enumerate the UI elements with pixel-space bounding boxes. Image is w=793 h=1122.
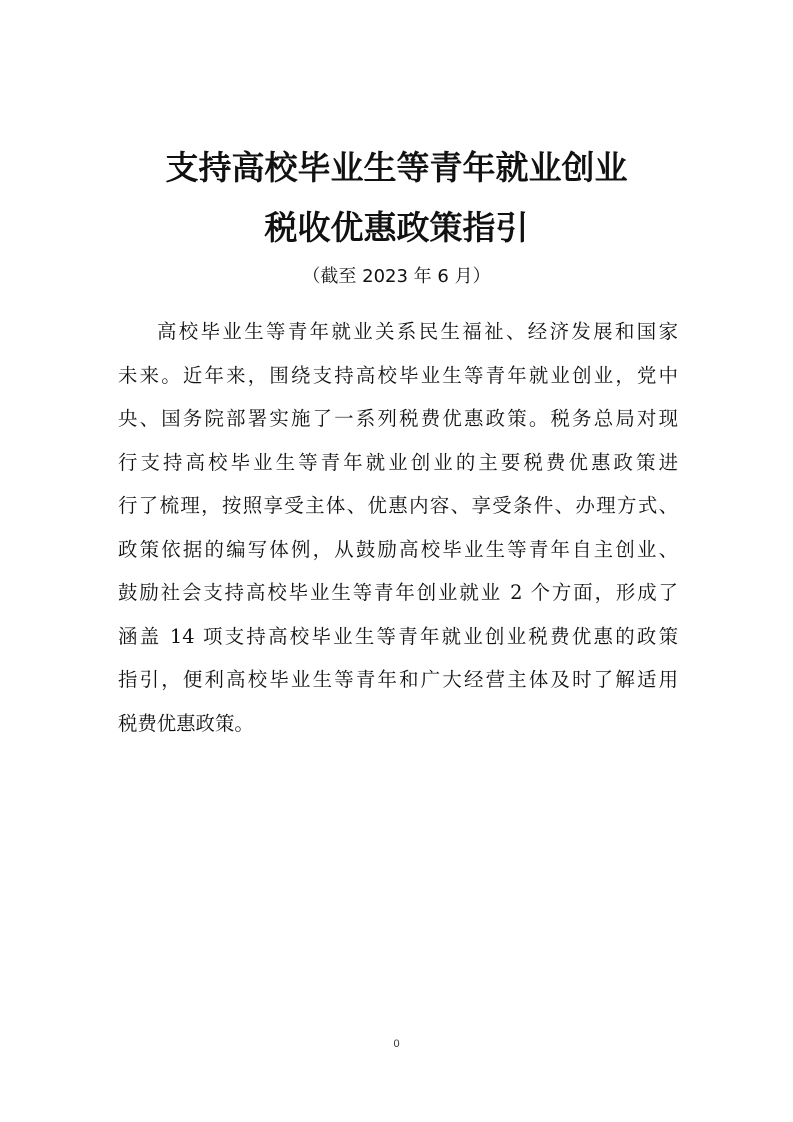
paragraph-line: 未来。近年来，围绕支持高校毕业生等青年就业创业，党中	[118, 354, 678, 398]
paragraph-line: 指引，便利高校毕业生等青年和广大经营主体及时了解适用	[118, 658, 678, 702]
paragraph-line: 央、国务院部署实施了一系列税费优惠政策。税务总局对现	[118, 397, 678, 441]
paragraph-line: 税费优惠政策。	[118, 702, 678, 746]
paragraph-line: 鼓励社会支持高校毕业生等青年创业就业 2 个方面，形成了	[118, 571, 678, 615]
page-number: 0	[0, 1038, 793, 1050]
paragraph-line: 行支持高校毕业生等青年就业创业的主要税费优惠政策进	[118, 441, 678, 485]
intro-paragraph: 高校毕业生等青年就业关系民生福祉、经济发展和国家 未来。近年来，围绕支持高校毕业…	[118, 310, 678, 745]
paragraph-line: 涵盖 14 项支持高校毕业生等青年就业创业税费优惠的政策	[118, 615, 678, 659]
document-title-line-2: 税收优惠政策指引	[0, 208, 793, 248]
paragraph-line: 政策依据的编写体例，从鼓励高校毕业生等青年自主创业、	[118, 528, 678, 572]
paragraph-line: 行了梳理，按照享受主体、优惠内容、享受条件、办理方式、	[118, 484, 678, 528]
document-page: 支持高校毕业生等青年就业创业 税收优惠政策指引 （截至 2023 年 6 月） …	[0, 0, 793, 1122]
document-title-line-1: 支持高校毕业生等青年就业创业	[0, 148, 793, 188]
document-date-note: （截至 2023 年 6 月）	[0, 265, 793, 289]
paragraph-line: 高校毕业生等青年就业关系民生福祉、经济发展和国家	[118, 310, 678, 354]
